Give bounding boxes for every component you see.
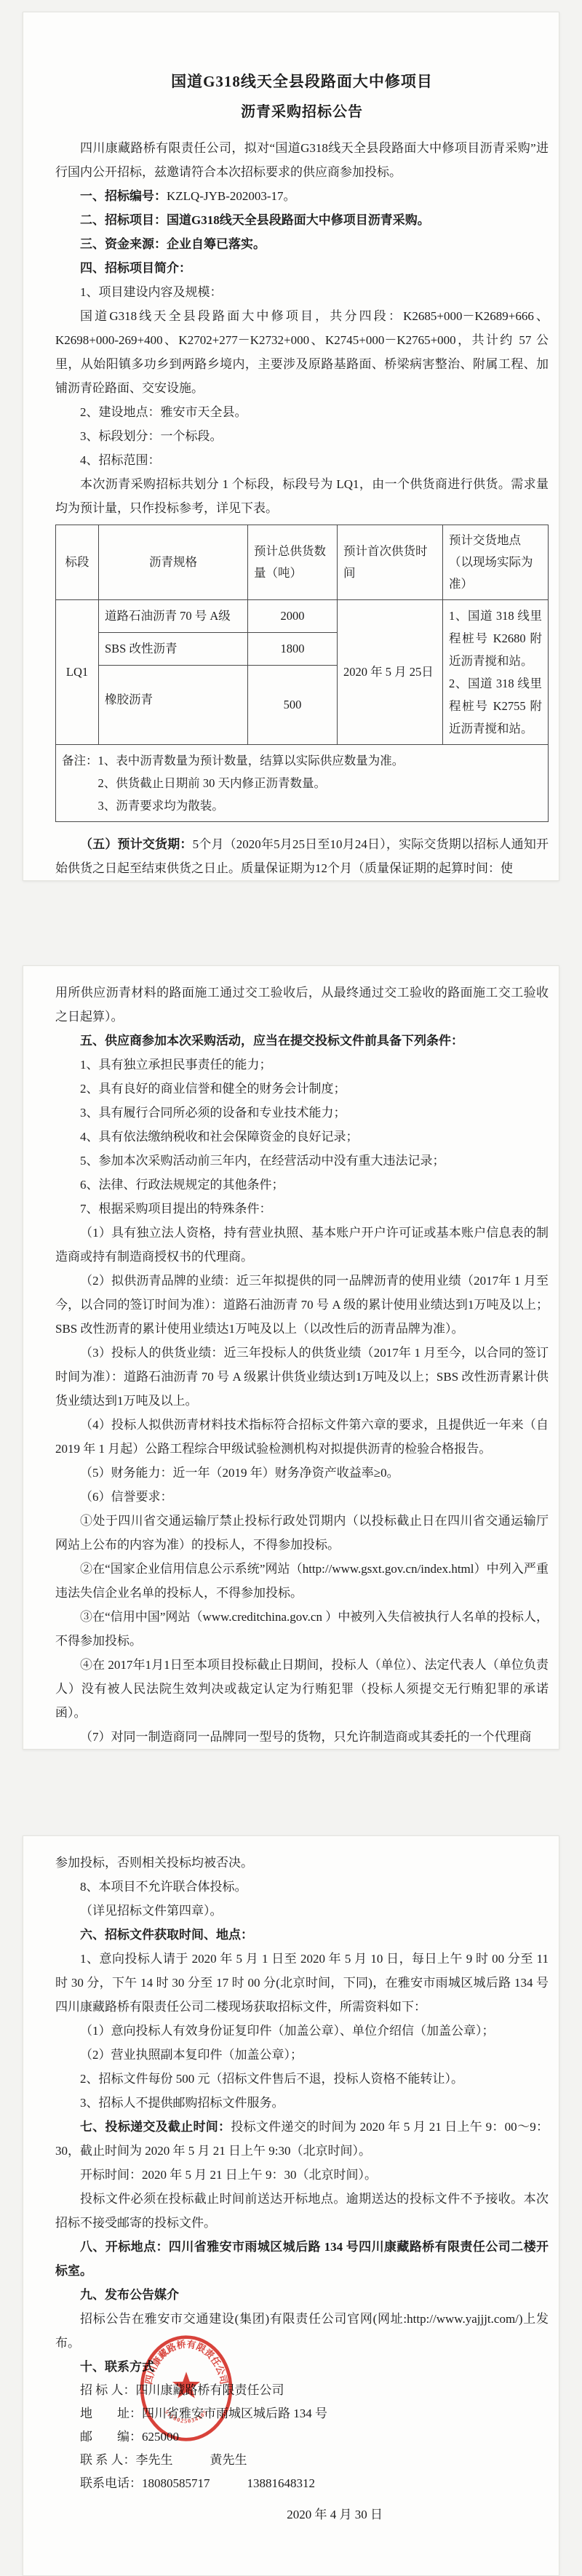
spec-cell: SBS 改性沥青 [99, 632, 248, 665]
paragraph: 七、投标递交及截止时间：投标文件递交的时间为 2020 年 5 月 21 日上午… [55, 2115, 549, 2163]
qty-cell: 1800 [248, 632, 338, 665]
table-notes-row: 备注：1、表中沥青数量为预计数量，结算以实际供应数量为准。2、供货截止日期前 3… [56, 745, 549, 822]
paragraph: 5、参加本次采购活动前三年内，在经营活动中没有重大违法记录； [55, 1149, 549, 1173]
section-label: 三、资金来源： [80, 237, 167, 251]
paragraph: 2、建设地点：雅安市天全县。 [55, 400, 549, 424]
page1-paragraphs: 四川康藏路桥有限责任公司，拟对“国道G318线天全县段路面大中修项目沥青采购”进… [55, 136, 549, 520]
table-note: 备注：1、表中沥青数量为预计数量，结算以实际供应数量为准。 [62, 749, 542, 772]
paragraph: （3）投标人的供货业绩：近三年投标人的供货业绩（2017年 1 月至今，以合同的… [55, 1341, 549, 1413]
table-header-cell: 标段 [56, 525, 99, 600]
contact-lines: 招 标 人：四川康藏路桥有限责任公司地 址：四川省雅安市雨城区城后路 134 号… [55, 2379, 549, 2495]
place-item: 1、国道 318 线里程桩号 K2680 附近沥青搅和站。 [449, 605, 542, 672]
paragraph: 4、招标范围： [55, 448, 549, 472]
paragraph: （1）意向投标人有效身份证复印件（加盖公章）、单位介绍信（加盖公章）； [55, 2019, 549, 2043]
paragraph: 参加投标，否则相关投标均被否决。 [55, 1851, 549, 1875]
paragraph: （4）投标人拟供沥青材料技术指标符合招标文件第六章的要求，且提供近一年来（自 2… [55, 1413, 549, 1461]
paragraph: （2）营业执照副本复印件（加盖公章）； [55, 2043, 549, 2067]
paragraph: ①处于四川省交通运输厅禁止投标行政处罚期内（以投标截止日在四川省交通运输厅网站上… [55, 1509, 549, 1557]
contact-line: 邮 编：625000 [55, 2425, 549, 2449]
section-label: 八、开标地点： [80, 2240, 169, 2254]
table-header-cell: 沥青规格 [99, 525, 248, 600]
paragraph: 6、法律、行政法规规定的其他条件； [55, 1173, 549, 1197]
paragraph: 7、根据采购项目提出的特殊条件： [55, 1197, 549, 1221]
table-header-cell: 预计总供货数量（吨） [248, 525, 338, 600]
contact-line: 联 系 人：李先生 黄先生 [55, 2449, 549, 2472]
table-note: 3、沥青要求均为散装。 [62, 794, 542, 817]
paragraph: 8、本项目不允许联合体投标。 [55, 1875, 549, 1899]
paragraph: 五、供应商参加本次采购活动，应当在提交投标文件前具备下列条件： [55, 1029, 549, 1053]
paragraph: 六、招标文件获取时间、地点： [55, 1923, 549, 1947]
table-notes-cell: 备注：1、表中沥青数量为预计数量，结算以实际供应数量为准。2、供货截止日期前 3… [56, 745, 549, 822]
paragraph: 3、具有履行合同所必须的设备和专业技术能力； [55, 1101, 549, 1125]
place-item: 2、国道 318 线里程桩号 K2755 附近沥青搅和站。 [449, 672, 542, 740]
lot-cell: LQ1 [56, 600, 99, 745]
paragraph: 2、招标文件每份 500 元（招标文件售后不退，投标人资格不能转让）。 [55, 2067, 549, 2091]
spec-cell: 橡胶沥青 [99, 665, 248, 744]
paragraph: ②在“国家企业信用信息公示系统”网站（http://www.gsxt.gov.c… [55, 1557, 549, 1605]
page3-paragraphs: 参加投标，否则相关投标均被否决。8、本项目不允许联合体投标。（详见招标文件第四章… [55, 1851, 549, 2379]
supply-table: 标段 沥青规格 预计总供货数量（吨） 预计首次供货时间 预计交货地点（以现场实际… [55, 525, 549, 822]
contact-line: 联系电话：18080585717 13881648312 [55, 2472, 549, 2495]
paragraph: ④在 2017年1月1日至本项目投标截止日期间，投标人（单位）、法定代表人（单位… [55, 1653, 549, 1725]
document-page-1: 国道G318线天全县段路面大中修项目 沥青采购招标公告 四川康藏路桥有限责任公司… [23, 12, 559, 881]
paragraph: 4、具有依法缴纳税收和社会保障资金的良好记录； [55, 1125, 549, 1149]
section-label: （五）预计交货期： [80, 837, 193, 851]
table-note: 2、供货截止日期前 30 天内修正沥青数量。 [62, 772, 542, 794]
paragraph: 用所供应沥青材料的路面施工通过交工验收后，从最终通过交工验收的路面施工交工验收之… [55, 981, 549, 1029]
document-page-2: 用所供应沥青材料的路面施工通过交工验收后，从最终通过交工验收的路面施工交工验收之… [23, 965, 559, 1750]
paragraph: 投标文件必须在投标截止时间前送达开标地点。逾期送达的投标文件不予接收。本次招标不… [55, 2187, 549, 2235]
contact-block: 招 标 人：四川康藏路桥有限责任公司地 址：四川省雅安市雨城区城后路 134 号… [55, 2379, 549, 2495]
page2-paragraphs: 用所供应沥青材料的路面施工通过交工验收后，从最终通过交工验收的路面施工交工验收之… [55, 981, 549, 1749]
paragraph: 1、具有独立承担民事责任的能力； [55, 1053, 549, 1077]
page1-paragraphs-bottom: （五）预计交货期：5个月（2020年5月25日至10月24日），实际交货期以招标… [55, 832, 549, 880]
paragraph: 招标公告在雅安市交通建设(集团)有限责任公司官网(网址:http://www.y… [55, 2307, 549, 2355]
paragraph: 一、招标编号：KZLQ-JYB-202003-17。 [55, 184, 549, 208]
spec-cell: 道路石油沥青 70 号 A级 [99, 600, 248, 633]
paragraph: 3、标段划分：一个标段。 [55, 424, 549, 448]
paragraph: 本次沥青采购招标共划分 1 个标段，标段号为 LQ1，由一个供货商进行供货。需求… [55, 472, 549, 520]
paragraph: 开标时间：2020 年 5 月 21 日上午 9：30（北京时间）。 [55, 2163, 549, 2187]
section-label: 一、招标编号： [80, 189, 167, 203]
paragraph: （7）对同一制造商同一品牌同一型号的货物，只允许制造商或其委托的一个代理商 [55, 1725, 549, 1749]
paragraph: 三、资金来源：企业自筹已落实。 [55, 232, 549, 256]
contact-line: 招 标 人：四川康藏路桥有限责任公司 [55, 2379, 549, 2402]
paragraph: 十、联系方式 [55, 2355, 549, 2379]
qty-cell: 500 [248, 665, 338, 744]
paragraph: （2）拟供沥青品牌的业绩：近三年拟提供的同一品牌沥青的使用业绩（2017年 1 … [55, 1269, 549, 1341]
table-header-cell: 预计首次供货时间 [338, 525, 443, 600]
paragraph: 1、意向投标人请于 2020 年 5 月 1 日至 2020 年 5 月 10 … [55, 1947, 549, 2019]
paragraph: （6）信誉要求： [55, 1485, 549, 1509]
place-cell: 1、国道 318 线里程桩号 K2680 附近沥青搅和站。 2、国道 318 线… [443, 600, 549, 745]
paragraph: 二、招标项目：国道G318线天全县段路面大中修项目沥青采购。 [55, 208, 549, 232]
qty-cell: 2000 [248, 600, 338, 633]
paragraph: 国道G318线天全县段路面大中修项目，共分四段：K2685+000－K2689+… [55, 304, 549, 400]
paragraph: （1）具有独立法人资格，持有营业执照、基本账户开户许可证或基本账户信息表的制造商… [55, 1221, 549, 1269]
table-header-row: 标段 沥青规格 预计总供货数量（吨） 预计首次供货时间 预计交货地点（以现场实际… [56, 525, 549, 600]
paragraph: ③在“信用中国”网站（www.creditchina.gov.cn ）中被列入失… [55, 1605, 549, 1653]
section-label: 四、招标项目简介： [80, 261, 191, 275]
contact-line: 地 址：四川省雅安市雨城区城后路 134 号 [55, 2402, 549, 2425]
doc-subtitle: 沥青采购招标公告 [55, 100, 549, 124]
paragraph: 八、开标地点：四川省雅安市雨城区城后路 134 号四川康藏路桥有限责任公司二楼开… [55, 2235, 549, 2283]
paragraph: 四、招标项目简介： [55, 256, 549, 280]
doc-title: 国道G318线天全县段路面大中修项目 [55, 69, 549, 94]
paragraph: 四川康藏路桥有限责任公司，拟对“国道G318线天全县段路面大中修项目沥青采购”进… [55, 136, 549, 184]
document-page-3: 参加投标，否则相关投标均被否决。8、本项目不允许联合体投标。（详见招标文件第四章… [23, 1835, 559, 2576]
section-label: 二、招标项目： [80, 213, 167, 227]
table-row: LQ1 道路石油沥青 70 号 A级 2000 2020 年 5 月 25日 1… [56, 600, 549, 633]
first-time-cell: 2020 年 5 月 25日 [338, 600, 443, 745]
section-label: 七、投标递交及截止时间： [80, 2120, 231, 2134]
announcement-date: 2020 年 4 月 30 日 [55, 2503, 549, 2527]
paragraph: （详见招标文件第四章）。 [55, 1899, 549, 1923]
paragraph: 2、具有良好的商业信誉和健全的财务会计制度； [55, 1077, 549, 1101]
table-header-cell: 预计交货地点（以现场实际为准） [443, 525, 549, 600]
paragraph: 九、发布公告媒介 [55, 2283, 549, 2307]
paragraph: 3、招标人不提供邮购招标文件服务。 [55, 2091, 549, 2115]
paragraph: （五）预计交货期：5个月（2020年5月25日至10月24日），实际交货期以招标… [55, 832, 549, 880]
paragraph: 1、项目建设内容及规模： [55, 280, 549, 304]
paragraph: （5）财务能力：近一年（2019 年）财务净资产收益率≥0。 [55, 1461, 549, 1485]
